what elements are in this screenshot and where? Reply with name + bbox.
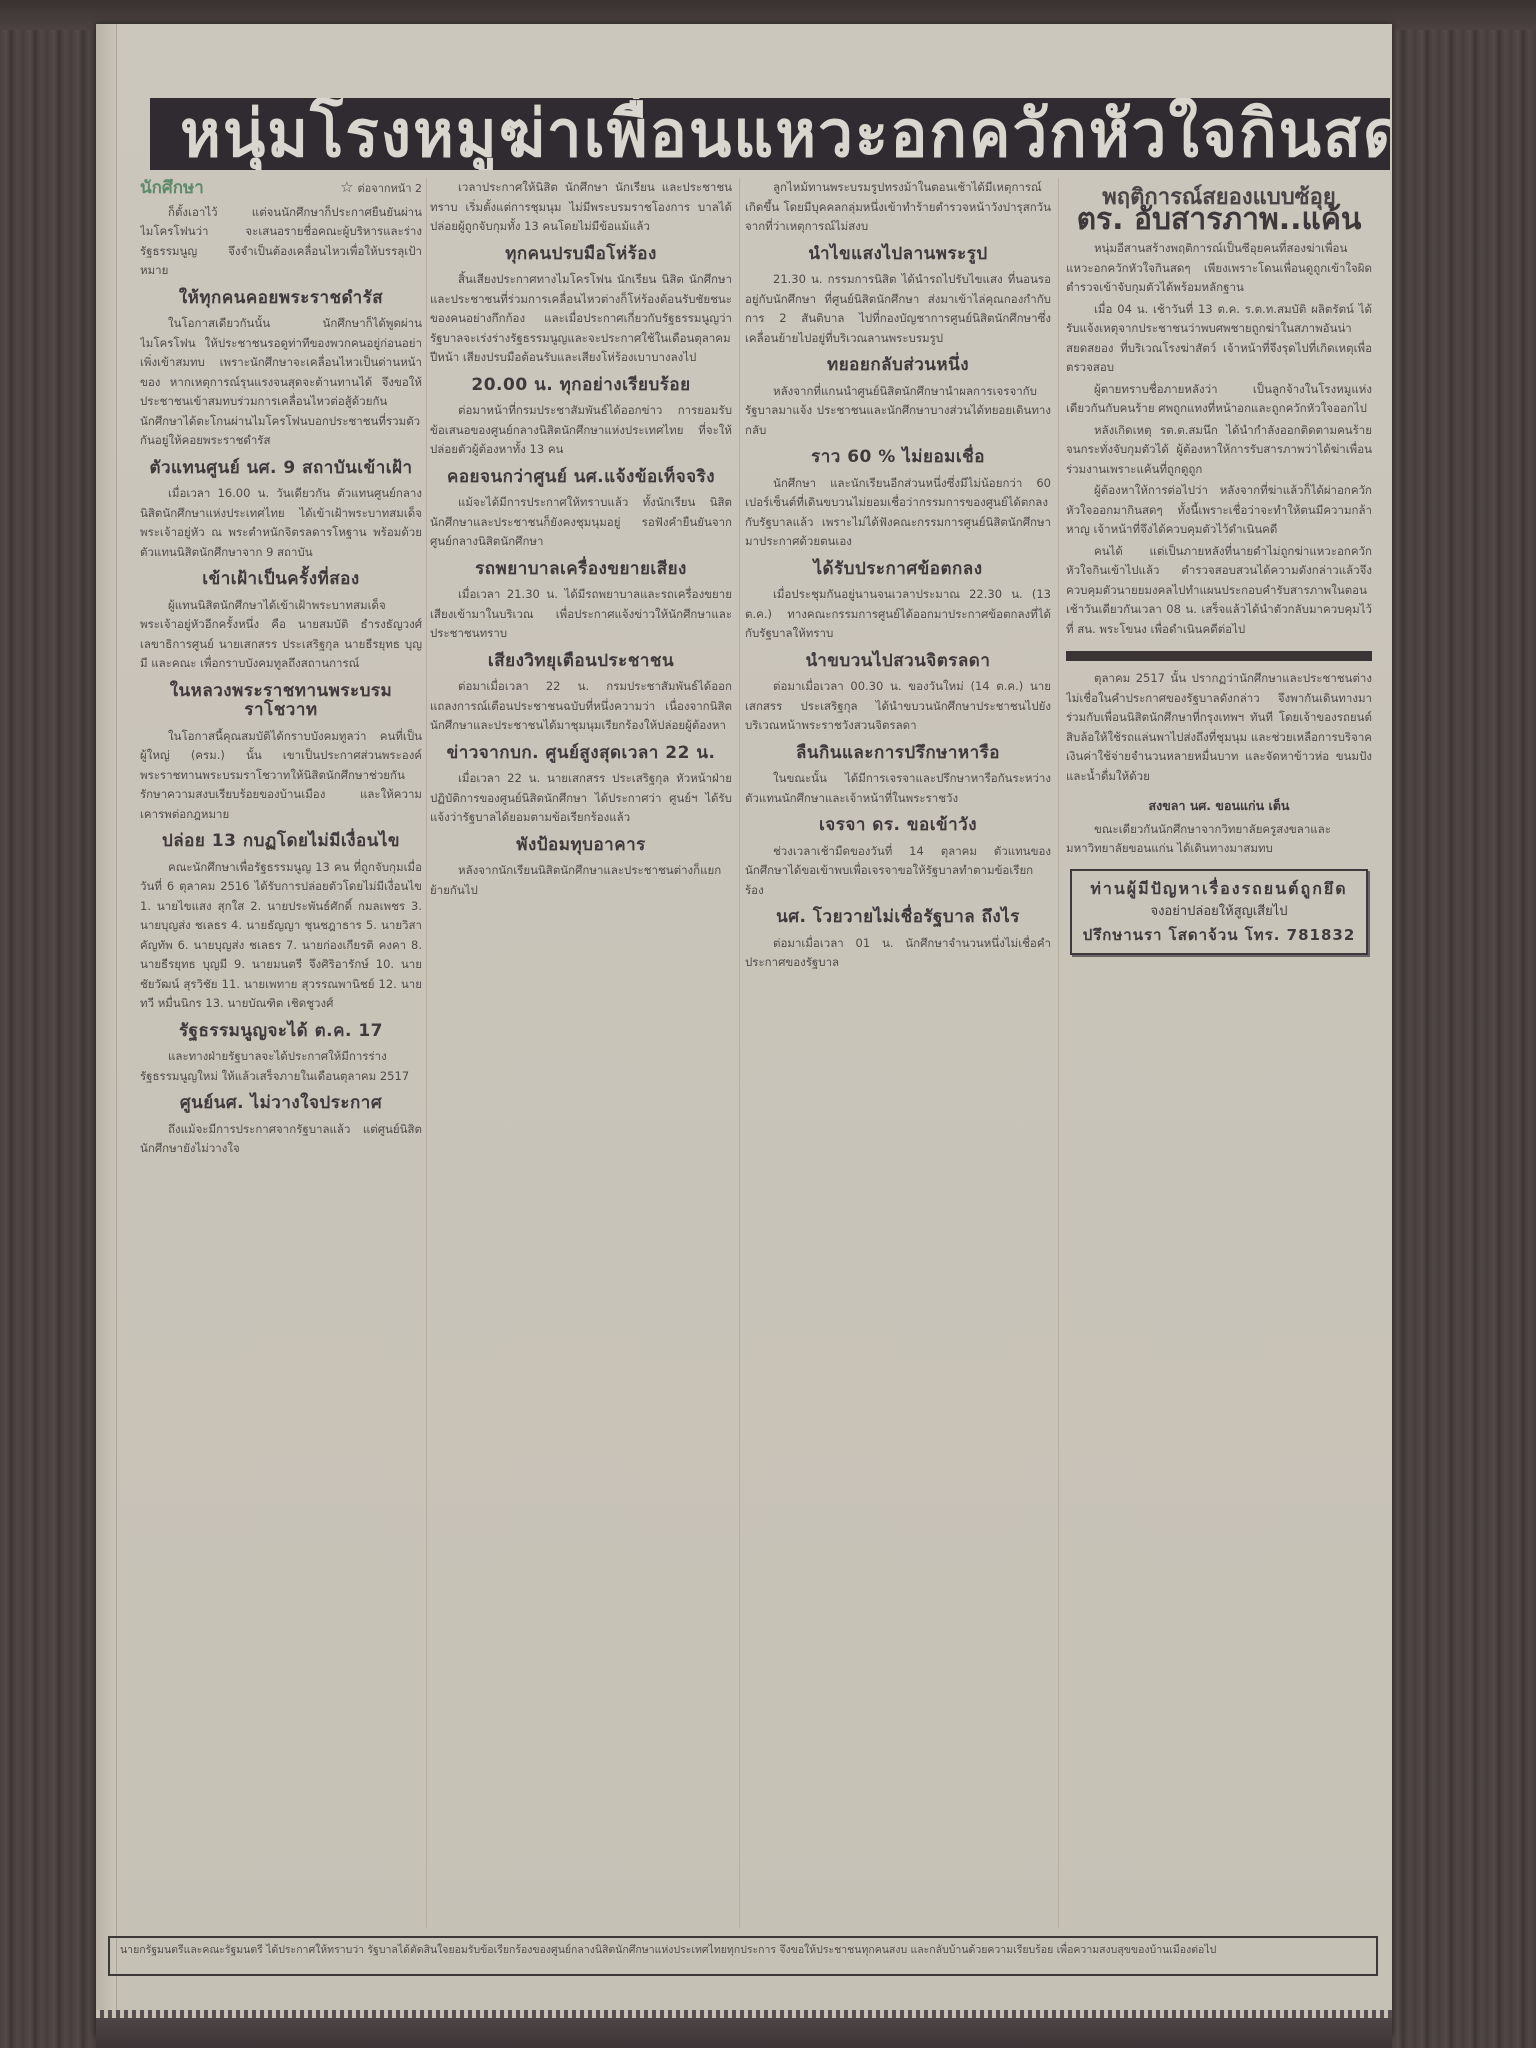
classified-ad: ท่านผู้มีปัญหาเรื่องรถยนต์ถูกยึด จงอย่าป… — [1070, 869, 1368, 956]
side-headline-2: ตร. อับสารภาพ..แค้น — [1066, 210, 1372, 230]
article-paragraph: เมื่อประชุมกันอยู่นานจนเวลาประมาณ 22.30 … — [745, 585, 1051, 644]
column-3: ลูกไหม้ทานพระบรมรูปทรงม้าในตอนเช้าได้มีเ… — [745, 178, 1051, 1928]
article-paragraph: เมื่อเวลา 16.00 น. วันเดียวกัน ตัวแทนศูน… — [140, 484, 422, 562]
article-paragraph: แม้จะได้มีการประกาศให้ทราบแล้ว ทั้งนักเร… — [430, 493, 732, 552]
subheading: ศูนย์นศ. ไม่วางใจประกาศ — [140, 1094, 422, 1114]
subheading: พังป้อมทุบอาคาร — [430, 836, 732, 856]
headline-banner: หนุ่มโรงหมูฆ่าเพื่อนแหวะอกควักหัวใจกินสด… — [150, 98, 1390, 170]
subheading: 20.00 น. ทุกอย่างเรียบร้อย — [430, 376, 732, 396]
kicker-row: นักศึกษา ☆ต่อจากหน้า 2 — [140, 178, 422, 199]
paper-fold-line — [116, 24, 117, 2036]
article-paragraph: หลังจากที่แกนนำศูนย์นิสิตนักศึกษานำผลการ… — [745, 382, 1051, 441]
footer-notice-box: นายกรัฐมนตรีและคณะรัฐมนตรี ได้ประกาศให้ท… — [108, 1936, 1378, 1976]
article-paragraph: เวลาประกาศให้นิสิต นักศึกษา นักเรียน และ… — [430, 178, 732, 237]
article-paragraph: นักศึกษา และนักเรียนอีกส่วนหนึ่งซึ่งมีไม… — [745, 474, 1051, 552]
continued-note: ☆ต่อจากหน้า 2 — [340, 178, 422, 199]
subheading: ปล่อย 13 กบฏโดยไม่มีเงื่อนไข — [140, 832, 422, 852]
subheading: นำไขแสงไปลานพระรูป — [745, 245, 1051, 265]
article-paragraph: ในขณะนั้น ได้มีการเจรจาและปรึกษาหารือกัน… — [745, 769, 1051, 808]
article-paragraph: เมื่อเวลา 21.30 น. ได้มีรถพยาบาลและรถเคร… — [430, 585, 732, 644]
subheading: ตัวแทนศูนย์ นศ. 9 สถาบันเข้าเฝ้า — [140, 459, 422, 479]
subheading: นำขบวนไปสวนจิตรลดา — [745, 652, 1051, 672]
article-paragraph: ถึงแม้จะมีการประกาศจากรัฐบาลแล้ว แต่ศูนย… — [140, 1120, 422, 1159]
column-rule — [1058, 178, 1059, 1928]
subheading: รัฐธรรมนูญจะได้ ต.ค. 17 — [140, 1022, 422, 1042]
subheading: เข้าเฝ้าเป็นครั้งที่สอง — [140, 570, 422, 590]
article-paragraph: ในโอกาสเดียวกันนั้น นักศึกษาก็ได้พูดผ่าน… — [140, 314, 422, 451]
article-paragraph: ช่วงเวลาเช้ามืดของวันที่ 14 ตุลาคม ตัวแท… — [745, 842, 1051, 901]
article-paragraph: หลังเกิดเหตุ รต.ต.สมนึก ได้นำกำลังออกติด… — [1066, 421, 1372, 480]
article-paragraph: คณะนักศึกษาเพื่อรัฐธรรมนูญ 13 คน ที่ถูกจ… — [140, 858, 422, 1014]
footer-notice: นายกรัฐมนตรีและคณะรัฐมนตรี ได้ประกาศให้ท… — [120, 1944, 1216, 1956]
subheading: รถพยาบาลเครื่องขยายเสียง — [430, 560, 732, 580]
article-paragraph: ตุลาคม 2517 นั้น ปรากฏว่านักศึกษาและประช… — [1066, 669, 1372, 786]
paper-edge — [96, 24, 116, 2036]
subheading: ทยอยกลับส่วนหนึ่ง — [745, 356, 1051, 376]
subheading: เจรจา ดร. ขอเข้าวัง — [745, 816, 1051, 836]
subheading: ลืนกินและการปรึกษาหารือ — [745, 744, 1051, 764]
article-paragraph: ขณะเดียวกันนักศึกษาจากวิทยาลัยครูสงขลาแล… — [1066, 820, 1372, 859]
section-divider-bar — [1066, 651, 1372, 661]
ad-line-1: ท่านผู้มีปัญหาเรื่องรถยนต์ถูกยึด — [1078, 879, 1360, 899]
headline: หนุ่มโรงหมูฆ่าเพื่อนแหวะอกควักหัวใจกินสด… — [180, 98, 1390, 170]
subheading: ในหลวงพระราชทานพระบรมราโชวาท — [140, 682, 422, 721]
ad-line-3: ปรึกษานรา โสดาจ้วน โทร. 781832 — [1078, 926, 1360, 946]
article-paragraph: ต่อมาเมื่อเวลา 00.30 น. ของวันใหม่ (14 ต… — [745, 677, 1051, 736]
subheading: นศ. โวยวายไม่เชื่อรัฐบาล ถึงไร — [745, 908, 1051, 928]
star-icon: ☆ — [340, 178, 353, 196]
ad-line-2: จงอย่าปล่อยให้สูญเสียไป — [1078, 902, 1360, 922]
article-paragraph: เมื่อ 04 น. เช้าวันที่ 13 ต.ค. ร.ต.ท.สมบ… — [1066, 300, 1372, 378]
column-rule — [426, 178, 427, 1928]
column-4: พฤติการณ์สยองแบบซ้อุย ตร. อับสารภาพ..แค้… — [1066, 178, 1372, 1928]
article-paragraph: เมื่อเวลา 22 น. นายเสกสรร ประเสริฐกุล หั… — [430, 769, 732, 828]
article-paragraph: ผู้ตายทราบชื่อภายหลังว่า เป็นลูกจ้างในโร… — [1066, 380, 1372, 419]
article-paragraph: หนุ่มอีสานสร้างพฤติการณ์เป็นซีอุยคนที่สอ… — [1066, 239, 1372, 298]
subheading: ทุกคนปรบมือโห่ร้อง — [430, 245, 732, 265]
section-kicker: นักศึกษา — [140, 179, 204, 199]
column-1: นักศึกษา ☆ต่อจากหน้า 2 ก็ตั้งเอาไว้ แต่จ… — [140, 178, 422, 1928]
article-paragraph: สิ้นเสียงประกาศทางไมโครโฟน นักเรียน นิสิ… — [430, 270, 732, 368]
subheading: ข่าวจากบก. ศูนย์สูงสุดเวลา 22 น. — [430, 744, 732, 764]
subheading: คอยจนกว่าศูนย์ นศ.แจ้งข้อเท็จจริง — [430, 468, 732, 488]
article-paragraph: ต่อมาเมื่อเวลา 22 น. กรมประชาสัมพันธ์ได้… — [430, 677, 732, 736]
article-paragraph: 21.30 น. กรรมการนิสิต ได้นำรถไปรับไขแสง … — [745, 270, 1051, 348]
column-rule — [739, 178, 740, 1928]
column-2: เวลาประกาศให้นิสิต นักศึกษา นักเรียน และ… — [430, 178, 732, 1928]
article-paragraph: หลังจากนักเรียนนิสิตนักศึกษาและประชาชนต่… — [430, 861, 732, 900]
subheading: เสียงวิทยุเตือนประชาชน — [430, 652, 732, 672]
wood-background-bottom — [96, 2018, 1392, 2048]
article-paragraph: ก็ตั้งเอาไว้ แต่จนนักศึกษาก็ประกาศยืนยัน… — [140, 203, 422, 281]
subheading: ราว 60 % ไม่ยอมเชื่อ — [745, 448, 1051, 468]
article-paragraph: ในโอกาสนี้คุณสมบัติได้กราบบังคมทูลว่า คน… — [140, 727, 422, 825]
article-paragraph: ต่อมาหน้าที่กรมประชาสัมพันธ์ได้ออกข่าว ก… — [430, 401, 732, 460]
article-paragraph: ลูกไหม้ทานพระบรมรูปทรงม้าในตอนเช้าได้มีเ… — [745, 178, 1051, 237]
article-paragraph: ผู้แทนนิสิตนักศึกษาได้เข้าเฝ้าพระบาทสมเด… — [140, 596, 422, 674]
article-paragraph: ต่อมาเมื่อเวลา 01 น. นักศึกษาจำนวนหนึ่งไ… — [745, 934, 1051, 973]
article-paragraph: และทางฝ่ายรัฐบาลจะได้ประกาศให้มีการร่างร… — [140, 1047, 422, 1086]
subheading: ให้ทุกคนคอยพระราชดำรัส — [140, 289, 422, 309]
article-paragraph: คนได้ แต่เป็นภายหลังที่นายดำไม่ถูกฆ่าแหว… — [1066, 542, 1372, 640]
article-paragraph: ผู้ต้องหาให้การต่อไปว่า หลังจากที่ฆ่าแล้… — [1066, 481, 1372, 540]
byline: สงขลา นศ. ขอนแก่น เต็น — [1066, 796, 1372, 816]
subheading: ได้รับประกาศข้อตกลง — [745, 560, 1051, 580]
